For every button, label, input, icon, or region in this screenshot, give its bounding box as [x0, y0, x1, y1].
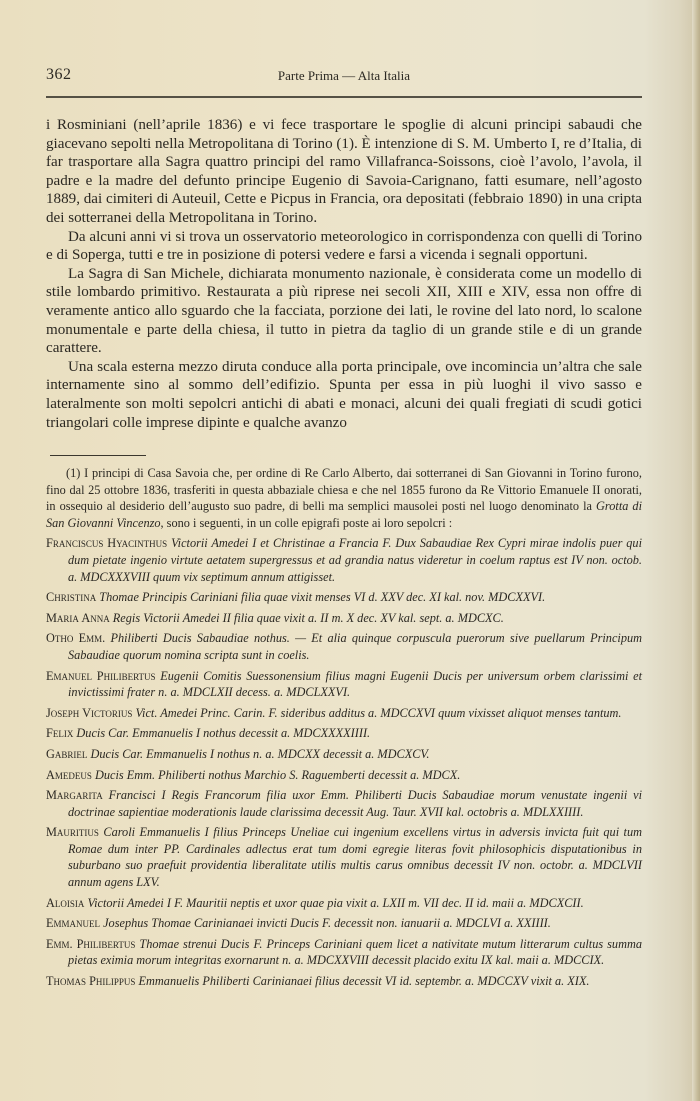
footnote: (1) I principi di Casa Savoia che, per o…	[46, 465, 642, 994]
epitaph-name: Franciscus Hyacinthus	[46, 536, 167, 550]
main-text: i Rosminiani (nell’aprile 1836) e vi fec…	[46, 116, 642, 432]
scanned-book-page: 362 Parte Prima — Alta Italia i Rosminia…	[0, 0, 700, 1101]
paragraph: i Rosminiani (nell’aprile 1836) e vi fec…	[46, 116, 642, 228]
epitaph-text: Philiberti Ducis Sabaudiae nothus. — Et …	[68, 631, 642, 662]
epitaph-entry: Felix Ducis Car. Emmanuelis I nothus dec…	[46, 725, 642, 742]
epitaph-name: Amedeus	[46, 768, 92, 782]
page-edge-shadow	[692, 0, 700, 1101]
epitaph-text: Emmanuelis Philiberti Carinianaei filius…	[135, 974, 589, 988]
epitaph-name: Christina	[46, 590, 96, 604]
running-title: Parte Prima — Alta Italia	[46, 68, 642, 84]
epitaph-text: Caroli Emmanuelis I filius Princeps Unel…	[68, 825, 642, 889]
epitaph-entry: Franciscus Hyacinthus Victorii Amedei I …	[46, 535, 642, 585]
epitaph-entry: Amedeus Ducis Emm. Philiberti nothus Mar…	[46, 767, 642, 784]
epitaph-name: Maria Anna	[46, 611, 110, 625]
epitaph-name: Gabriel	[46, 747, 87, 761]
epitaph-entry: Mauritius Caroli Emmanuelis I filius Pri…	[46, 824, 642, 890]
epitaph-text: Vict. Amedei Princ. Carin. F. sideribus …	[132, 706, 621, 720]
epitaph-name: Thomas Philippus	[46, 974, 135, 988]
epitaph-text: Thomae Principis Cariniani filia quae vi…	[96, 590, 545, 604]
epitaph-text: Ducis Emm. Philiberti nothus Marchio S. …	[92, 768, 460, 782]
epitaph-entry: Emanuel Philibertus Eugenii Comitis Sues…	[46, 668, 642, 701]
epitaph-entry: Margarita Francisci I Regis Francorum fi…	[46, 787, 642, 820]
epitaph-entry: Thomas Philippus Emmanuelis Philiberti C…	[46, 973, 642, 990]
epitaph-text: Josephus Thomae Carinianaei invicti Duci…	[100, 916, 551, 930]
epitaph-name: Joseph Victorius	[46, 706, 132, 720]
page-header: 362 Parte Prima — Alta Italia	[46, 66, 642, 90]
epitaph-name: Felix	[46, 726, 73, 740]
footnote-intro: (1) I principi di Casa Savoia che, per o…	[46, 465, 642, 531]
epitaph-text: Regis Victorii Amedei II filia quae vixi…	[110, 611, 504, 625]
epitaph-entry: Otho Emm. Philiberti Ducis Sabaudiae not…	[46, 630, 642, 663]
epitaph-name: Emanuel Philibertus	[46, 669, 156, 683]
epitaph-entry: Maria Anna Regis Victorii Amedei II fili…	[46, 610, 642, 627]
epitaph-text: Thomae strenui Ducis F. Princeps Carinia…	[68, 937, 642, 968]
footnote-intro-text: (1) I principi di Casa Savoia che, per o…	[46, 466, 642, 513]
epitaph-entry: Gabriel Ducis Car. Emmanuelis I nothus n…	[46, 746, 642, 763]
epitaph-name: Mauritius	[46, 825, 99, 839]
epitaph-entry: Emmanuel Josephus Thomae Carinianaei inv…	[46, 915, 642, 932]
epitaph-name: Margarita	[46, 788, 103, 802]
epitaph-text: Ducis Car. Emmanuelis I nothus decessit …	[73, 726, 370, 740]
epitaph-entry: Joseph Victorius Vict. Amedei Princ. Car…	[46, 705, 642, 722]
epitaph-name: Aloisia	[46, 896, 84, 910]
footnote-intro-text-end: , sono i seguenti, in un colle epigrafi …	[161, 516, 453, 530]
epitaph-text: Francisci I Regis Francorum filia uxor E…	[68, 788, 642, 819]
epitaph-list: Franciscus Hyacinthus Victorii Amedei I …	[46, 535, 642, 989]
epitaph-text: Victorii Amedei I F. Mauritii neptis et …	[84, 896, 583, 910]
epitaph-entry: Aloisia Victorii Amedei I F. Mauritii ne…	[46, 895, 642, 912]
footnote-separator	[50, 455, 146, 456]
paragraph: Una scala esterna mezzo diruta conduce a…	[46, 358, 642, 432]
epitaph-entry: Christina Thomae Principis Cariniani fil…	[46, 589, 642, 606]
epitaph-name: Emmanuel	[46, 916, 100, 930]
epitaph-name: Otho Emm.	[46, 631, 105, 645]
epitaph-text: Ducis Car. Emmanuelis I nothus n. a. MDC…	[87, 747, 429, 761]
epitaph-name: Emm. Philibertus	[46, 937, 135, 951]
header-rule	[46, 96, 642, 98]
paragraph: Da alcuni anni vi si trova un osservator…	[46, 228, 642, 265]
paragraph: La Sagra di San Michele, dichiarata monu…	[46, 265, 642, 358]
epitaph-entry: Emm. Philibertus Thomae strenui Ducis F.…	[46, 936, 642, 969]
